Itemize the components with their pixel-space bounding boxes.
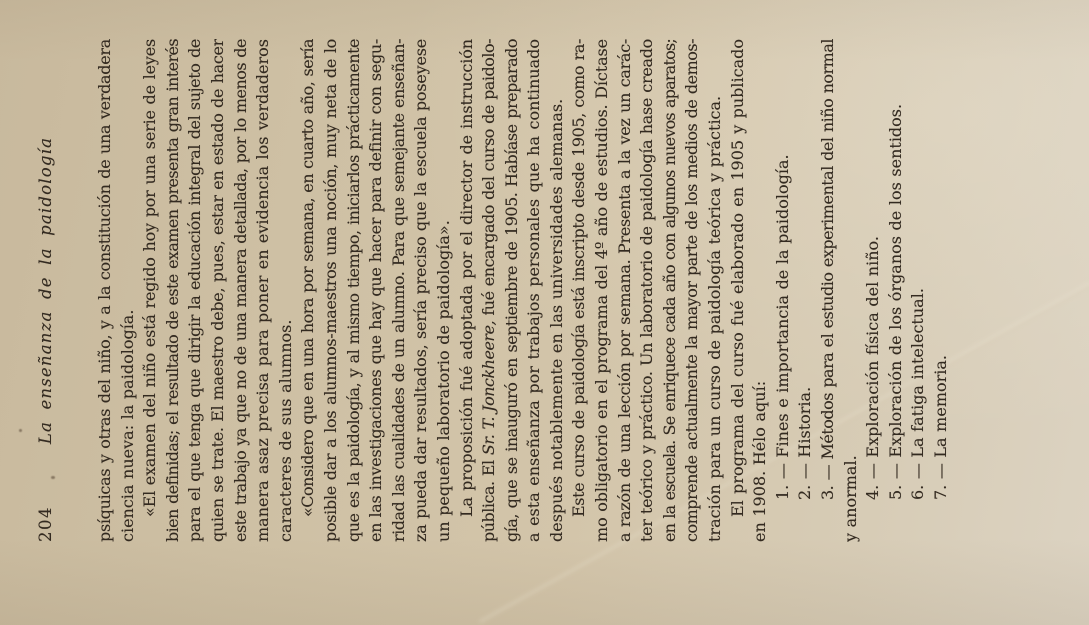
text-line: comprende actualmente la mayor parte de … <box>681 39 704 542</box>
text-line: en la escuela. Se enriquece cada año con… <box>659 39 682 542</box>
text-line: 3. — Métodos para el estudio experimenta… <box>817 39 840 542</box>
text-line: 1. — Fines e importancia de la paidologí… <box>772 39 795 542</box>
text-line: «Considero que en una hora por semana, e… <box>297 39 320 542</box>
page-header: 204 La enseñanza de la paidología <box>34 39 58 542</box>
italic-name: Sr. T. Jonckheere, <box>479 321 498 455</box>
text-line: tración para un curso de paidología teór… <box>704 39 727 542</box>
text-line: El programa del curso fué elaborado en 1… <box>727 39 750 542</box>
text-line: ridad las cualidades de un alumno. Para … <box>388 39 411 542</box>
text-line: bien definidas; el resultado de este exa… <box>162 39 185 542</box>
text-line: La proposición fué adoptada por el direc… <box>456 39 479 542</box>
text-line: después notablemente en las universidade… <box>546 39 569 542</box>
text-line: a razón de una lección por semana. Prese… <box>614 39 637 542</box>
text-line: 6. — La fatiga intelectual. <box>907 39 930 542</box>
text-line: 2. — Historia. <box>794 39 817 542</box>
text-line: para el que tenga que dirigir la educaci… <box>184 39 207 542</box>
text-line: un pequeño laboratorio de paidología». <box>433 39 456 542</box>
text-line: que es la paidología, y al mismo tiempo,… <box>343 39 366 542</box>
text-line: za pueda dar resultados, sería preciso q… <box>410 39 433 542</box>
book-page: 204 La enseñanza de la paidología psíqui… <box>0 0 1089 625</box>
text-line: posible dar a los alumnos-maestros una n… <box>320 39 343 542</box>
text-line: y anormal. <box>840 39 863 542</box>
text-line: quien se trate. El maestro debe, pues, e… <box>207 39 230 542</box>
text-line: psíquicas y otras del niño, y a la const… <box>94 39 117 542</box>
text-line: 7. — La memoria. <box>930 39 953 542</box>
running-title: La enseñanza de la paidología <box>34 39 58 542</box>
text-line: gía, que se inauguró en septiembre de 19… <box>501 39 524 542</box>
text-line: 4. — Exploración física del niño. <box>862 39 885 542</box>
text-line: a esta enseñanza por trabajos personales… <box>523 39 546 542</box>
text-line: 5. — Exploración de los órganos de los s… <box>885 39 908 542</box>
text-line: en 1908. Hélo aquí: <box>749 39 772 542</box>
text-line: en las investigaciones que hay que hacer… <box>365 39 388 542</box>
text-line: mo obligatorio en el programa del 4º año… <box>591 39 614 542</box>
text-line: «El examen del niño está regido hoy por … <box>139 39 162 542</box>
text-line: ter teórico y práctico. Un laboratorio d… <box>636 39 659 542</box>
text-line: pública. El Sr. T. Jonckheere, fué encar… <box>478 39 501 542</box>
text-line: caracteres de sus alumnos. <box>275 39 298 542</box>
text-line: manera asaz precisa para poner en eviden… <box>252 39 275 542</box>
body-text: psíquicas y otras del niño, y a la const… <box>94 39 953 542</box>
text-line: este trabajo ya que no de una manera det… <box>230 39 253 542</box>
text-line: Este curso de paidología está inscripto … <box>568 39 591 542</box>
text-line: ciencia nueva: la paidología. <box>117 39 140 542</box>
scanned-book-photo: 204 La enseñanza de la paidología psíqui… <box>0 0 1089 625</box>
